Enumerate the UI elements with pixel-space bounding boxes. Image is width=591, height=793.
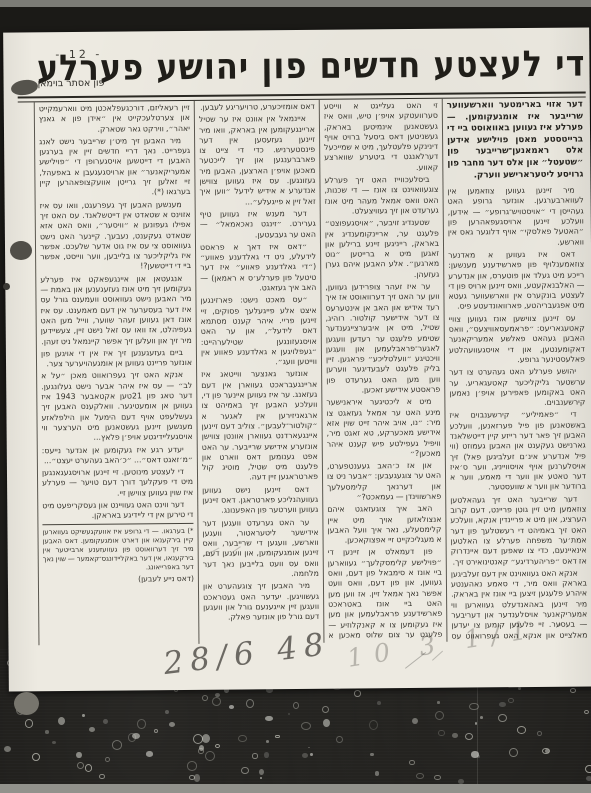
hole-punch-mark	[3, 283, 10, 290]
article-column-2: זי האט געלייגט א ווייסע סערוועטקע אויפ׳ן…	[319, 99, 447, 643]
paragraph: אנגעטאן און איינגעפאקט איז פערלע געקומען…	[40, 274, 192, 347]
lead-paragraph: דער אזוי בארימטער ווארשעווער שרייבער איז…	[447, 100, 584, 182]
paragraph: ביים געזעגענען זיך איז אין די אויגען פון…	[41, 348, 192, 370]
paragraph: דער מענש איז געווען טיף גערירט. ״זינגט נ…	[200, 209, 316, 241]
paragraph: עס זיינען צווישען אונז געווען צוויי קאטע…	[449, 313, 585, 366]
headline: די לעצטע חדשים פון יהושע פערלע	[125, 37, 585, 93]
paragraph: דער ווינט האט געוויינט און געסקריפעט מיט…	[42, 500, 193, 522]
source-credit: (דאס נייע לעבען)	[43, 574, 194, 586]
paragraph: די ״פאמיליע״ קירשענבוים איז באשטאנען פון…	[449, 410, 586, 494]
paragraph: דער שרייבער האט זיך געהאלטען צוזאמען מיט…	[450, 494, 587, 567]
paragraph: אנקא האט געוואוינט אין דעם זעלביגען בארא…	[451, 568, 588, 641]
byline: פון אסתר בוימאן	[38, 78, 105, 90]
paragraph: מענשען האבען זיך געפרעגט, וואו עס איז אז…	[40, 200, 192, 273]
photo-edge-top	[0, 0, 591, 7]
article-columns: דער אזוי בארימטער ווארשעווער שרייבער איז…	[34, 97, 591, 645]
paragraph: מיט א ליכטיגער איראנישער מינע האט ער אמא…	[326, 397, 441, 460]
paragraph: שטענדיג זויבער, ״אויסגעפוצט״ פלעגט ער, א…	[325, 218, 440, 281]
article-column-3: דאס אומזיכערע, טרויעריגע לעבען. איינמאל …	[194, 100, 324, 644]
paragraph: מיר זיינען געווען צוזאמען אין לעווארבערג…	[447, 186, 584, 249]
paragraph: ״עס מאכט נישט: פארזינגען איצט אלע פייגעל…	[200, 295, 317, 368]
paragraph: מיר האבען זיך מיט׳ן שרייבער נישט לאנג גע…	[39, 136, 191, 199]
photo-edge-bottom	[0, 784, 591, 793]
paragraph: פון דעמאלט אן זיינען די ״פוילישע קלימסקל…	[328, 547, 443, 643]
paragraph: מיר האבען זיך צוגעהערט און געשוויגען. יע…	[203, 581, 319, 623]
paragraph: דאס איז געווען א מאדנער צוזאמענלויף פון …	[448, 249, 585, 312]
newspaper-clipping: - 12 - די לעצטע חדשים פון יהושע פערלע פו…	[3, 27, 591, 691]
paragraph: איינמאל אין אוונט איז ער שטיל אריינגעקומ…	[199, 114, 316, 208]
paragraph: יעדע רגע איז געקומען אן אנדער נייעס: ״מ׳…	[42, 444, 193, 466]
paragraph: דאס זיינען נישט געווען געוועהנליכע פארטר…	[202, 485, 318, 517]
footnote: *) בערגאו. — די גרופע איז אוועקגעשיקט גע…	[42, 523, 193, 573]
paragraph: ביסלעכווייז האט זיך פערלע צוגעוואוינט צו…	[324, 175, 438, 217]
paragraph: ״דאס איז דאך א פראסט לידעלע, ניט די גאלד…	[200, 242, 316, 294]
article-column-4: זיין רעאליזם, דורכגעפלאכטן מיט ווארעמקיי…	[35, 101, 199, 645]
paragraph: יהושע פערלע האט געהערט צו דער ערשטער גלי…	[449, 367, 585, 409]
paragraph: די לעצטע מינוטען. זיי זיינען ארויסגעגאנג…	[42, 467, 193, 499]
hole-punch-mark	[10, 241, 32, 260]
article-column-1: דער אזוי בארימטער ווארשעווער שרייבער איז…	[442, 97, 591, 641]
paragraph: זי האט געלייגט א ווייסע סערוועטקע אויפ׳ן…	[324, 101, 439, 174]
paragraph: אנקא האט זיך געפרואווט מאכן ״על א לב״ — …	[41, 370, 193, 443]
photo-backdrop: - 12 - די לעצטע חדשים פון יהושע פערלע פו…	[0, 0, 591, 793]
hole-punch-mark	[14, 692, 39, 715]
paragraph: ער האט גערעדט וועגען דער אידישער ליטעראט…	[202, 517, 319, 580]
paragraph: אונזער גאנצער ווייטאג איז אריינגעבראכט ג…	[201, 369, 318, 483]
paragraph: און אז כ׳האב געענטפערט, האט ער צוגעגעבען…	[327, 461, 441, 503]
paragraph: ער איז זעהר צופרידען געווען, ווען ער האט…	[325, 282, 440, 396]
paragraph: דאס אומזיכערע, טרויעריגע לעבען.	[199, 102, 315, 113]
paragraph: האב איך צוגעזאגט איהם אנצולאזען אויך מיט…	[327, 504, 441, 546]
paragraph: זיין רעאליזם, דורכגעפלאכטן מיט ווארעמקיי…	[39, 103, 190, 135]
